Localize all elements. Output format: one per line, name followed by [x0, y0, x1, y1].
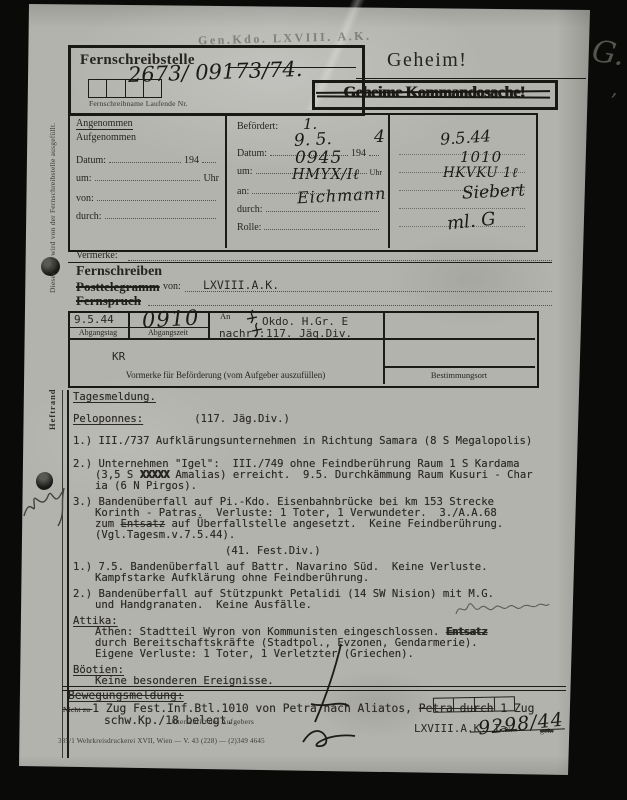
- text-segment: 1.) 7.5. Bandenüberfall auf Battr. Navar…: [73, 561, 488, 573]
- an-label: An: [220, 311, 230, 321]
- pencil-initial-g: G.: [589, 34, 627, 74]
- text-segment: (3,5 S: [95, 469, 140, 481]
- grid-overlay-icon: [433, 696, 515, 712]
- text-segment: und Handgranaten. Keine Ausfälle.: [95, 599, 312, 611]
- text-segment: Tagesmeldung.: [73, 391, 156, 403]
- uhr-label: Uhr: [370, 168, 382, 177]
- von-label: von:: [76, 193, 94, 204]
- text-segment: (41. Fest.Div.): [225, 545, 321, 557]
- text-segment: XXXXX: [140, 469, 169, 481]
- text-segment: auf Überfallstelle angesetzt. Keine Fein…: [165, 518, 503, 530]
- aufgenommen-label: Aufgenommen: [76, 132, 136, 143]
- priority-kr: KR: [112, 350, 125, 363]
- heftrand-label: Heftrand: [47, 388, 57, 430]
- text-segment: 2.) Unternehmen "Igel": III./749 ohne Fe…: [73, 458, 519, 470]
- bestimmungsort-label: Bestimmungsort: [383, 370, 535, 380]
- hw-relay-code: HKVKU 1ℓ: [443, 165, 518, 181]
- durch-label: durch:: [237, 204, 263, 215]
- text-segment: zum: [95, 518, 121, 530]
- text-segment: (Vgl.Tagesm.v.7.5.44).: [95, 529, 235, 541]
- year-prefix: 194: [351, 148, 366, 159]
- text-segment: ia (6 N Pirgos).: [95, 480, 197, 492]
- text-segment: (117. Jäg.Div.): [143, 413, 290, 425]
- uhr-label: Uhr: [203, 173, 219, 184]
- attika-scribble-icon: [452, 596, 552, 620]
- hw-relay-time: 1010: [460, 148, 502, 166]
- unterschrift-label: Unterschrift des Aufgebers: [168, 717, 254, 726]
- addressee-info: 117. Jäg.Div.: [266, 327, 352, 340]
- text-segment: Böotien:: [73, 664, 124, 676]
- body-line: (Vgl.Tagesm.v.7.5.44).: [73, 530, 578, 541]
- vermerke-label: Vermerke:: [76, 250, 118, 261]
- printer-imprint: 385/1 Wehrkreisdruckerei XVII, Wien — V.…: [58, 737, 265, 745]
- durch-label: durch:: [76, 211, 102, 222]
- signature-scribble-icon: [283, 642, 388, 754]
- hw-time: 0945: [295, 148, 342, 168]
- vormerke-befoerderung-label: Vormerke für Beförderung (vom Aufgeber a…: [68, 370, 383, 380]
- abgangszeit-label: Abgangszeit: [128, 328, 208, 337]
- angenommen-column: Angenommen Aufgenommen Datum:194 um:Uhr …: [76, 117, 219, 222]
- um-label: um:: [237, 166, 253, 177]
- body-line: 1.) III./737 Aufklärungsunternehmen in R…: [73, 436, 578, 447]
- fernschreibname-sublabel: Fernschreibname Laufende Nr.: [89, 99, 188, 108]
- datum-label: Datum:: [237, 148, 267, 159]
- an-label: an:: [237, 186, 249, 197]
- text-segment: Entsatz: [446, 626, 487, 638]
- hw-year-digit: 4: [374, 127, 385, 147]
- um-label: um:: [76, 173, 92, 184]
- angenommen-label: Angenommen: [76, 118, 133, 130]
- margin-scribble-icon: [20, 482, 72, 528]
- pencil-comma: ,: [611, 76, 617, 100]
- text-segment: Nicht zu: [63, 705, 92, 714]
- body-line: Tagesmeldung.: [73, 392, 578, 403]
- body-line: Peloponnes: (117. Jäg.Div.): [73, 414, 578, 425]
- text-segment: Kampfstarke Aufklärung ohne Feindberühru…: [95, 572, 369, 584]
- text-segment: Amalias) erreicht. 9.5. Durchkämmung Rau…: [169, 469, 533, 481]
- text-segment: 2.) Bandenüberfall auf Stützpunkt Petali…: [73, 588, 494, 600]
- befoerdert-label: Befördert:: [237, 121, 278, 132]
- text-segment: Entsatz: [121, 518, 166, 530]
- section-rule: [68, 262, 552, 263]
- text-segment: Bewegungsmeldung:: [68, 689, 184, 702]
- delivery-mark-icon: [249, 322, 265, 338]
- text-segment: 1.) III./737 Aufklärungsunternehmen in R…: [73, 435, 532, 447]
- body-line: (41. Fest.Div.): [73, 546, 578, 557]
- margin-instruction-vertical: Dieser Teil wird von der Fernschreibstel…: [48, 123, 57, 293]
- dispatch-date: 9.5.44: [74, 313, 114, 326]
- column-divider: [225, 113, 227, 248]
- rolle-label: Rolle:: [237, 222, 261, 233]
- body-line: ia (6 N Pirgos).: [73, 481, 578, 492]
- text-segment: Peloponnes:: [73, 413, 143, 425]
- fernschreiben-label: Fernschreiben: [76, 264, 162, 280]
- text-segment: Athen: Stadtteil Wyron von Kommunisten e…: [95, 626, 446, 638]
- year-prefix: 194: [184, 155, 199, 166]
- fernspruch-label-struck: Fernspruch: [76, 293, 141, 309]
- hw-relay-operator: Siebert: [462, 180, 526, 203]
- hw-routing-code: HMYX/Iℓ: [292, 167, 360, 184]
- hw-relay-date: 9.5.44: [439, 126, 491, 149]
- text-segment: 3.) Bandenüberfall auf Pi.-Kdo. Eisenbah…: [73, 496, 494, 508]
- von-label: von:: [163, 281, 181, 292]
- body-line: Kampfstarke Aufklärung ohne Feindberühru…: [73, 573, 578, 584]
- datum-label: Datum:: [76, 155, 106, 166]
- text-segment: Attika:: [73, 615, 118, 627]
- scanned-teletype-form: Dieser Teil wird von der Fernschreibstel…: [0, 0, 627, 800]
- column-divider: [388, 113, 390, 248]
- geheim-underline: [356, 78, 586, 79]
- geheim-classification: Geheim!: [387, 49, 467, 72]
- abgangstag-label: Abgangstag: [68, 328, 128, 337]
